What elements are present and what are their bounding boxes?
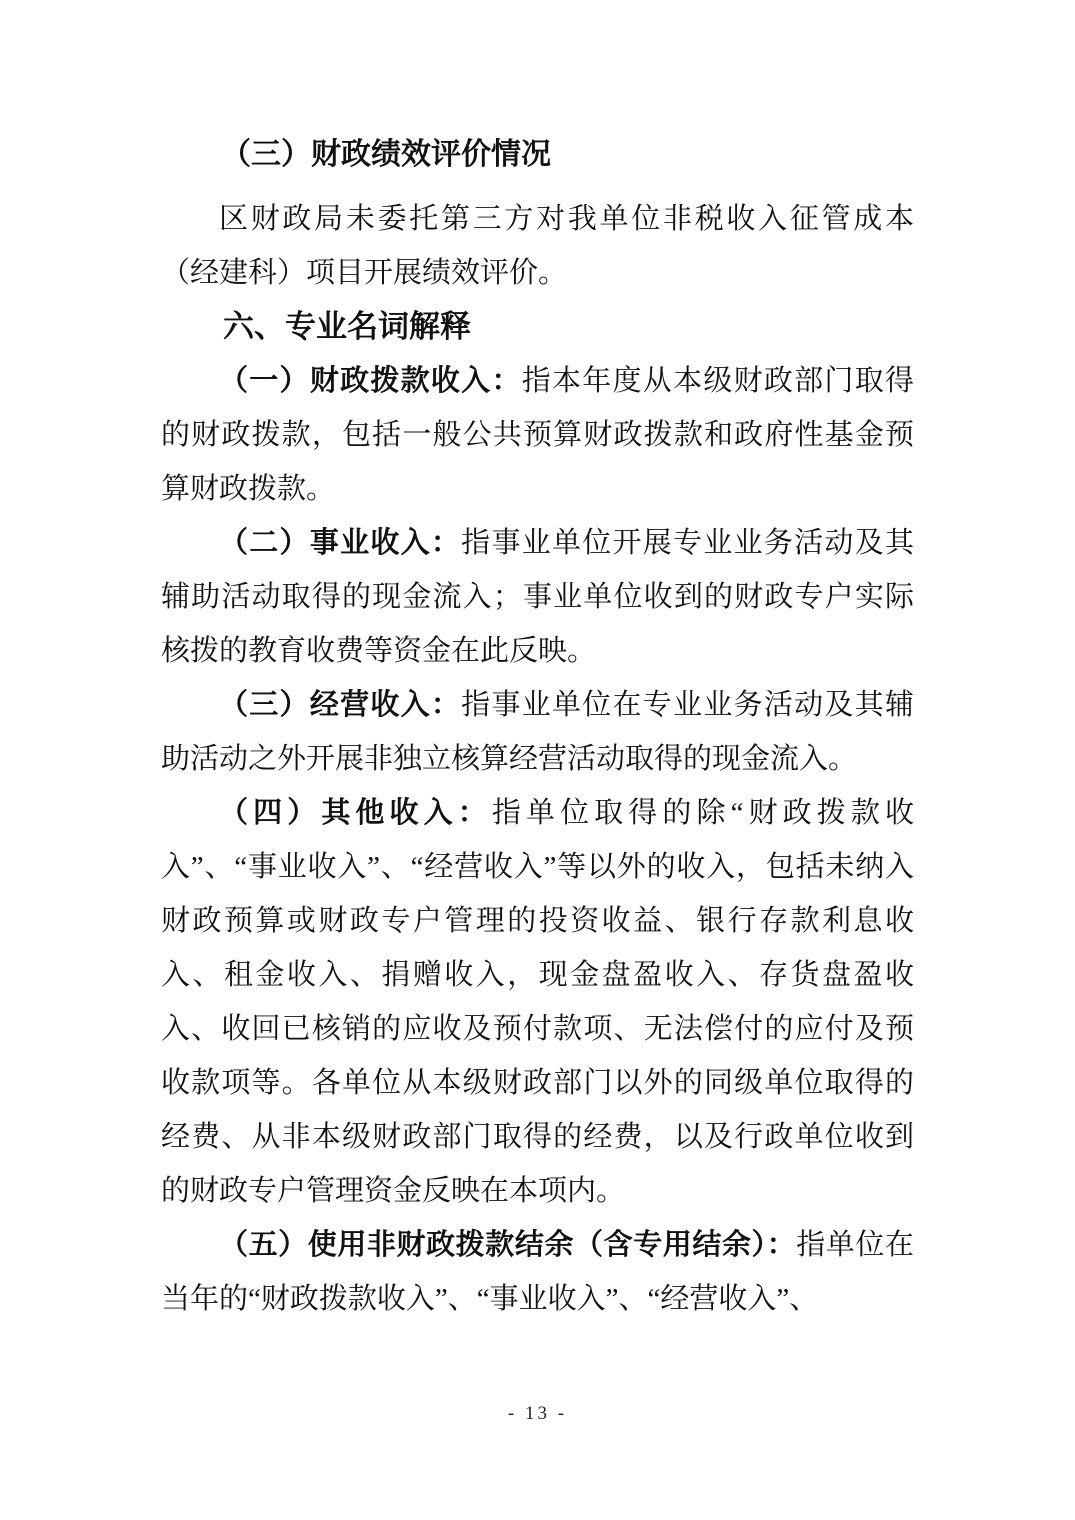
document-page: （三）财政绩效评价情况 区财政局未委托第三方对我单位非税收入征管成本（经建科）项… [0,0,1075,1520]
definition-non-fiscal-surplus: （五）使用非财政拨款结余（含专用结余）：指单位在当年的“财政拨款收入”、“事业收… [161,1218,914,1326]
definition-fiscal-appropriation-income: （一）财政拨款收入：指本年度从本级财政部门取得的财政拨款，包括一般公共预算财政拨… [161,354,914,516]
definition-other-income: （四）其他收入：指单位取得的除“财政拨款收入”、“事业收入”、“经营收入”等以外… [161,786,914,1218]
performance-evaluation-paragraph: 区财政局未委托第三方对我单位非税收入征管成本（经建科）项目开展绩效评价。 [161,192,914,300]
definition-term: （一）财政拨款收入： [219,365,522,397]
definition-text: 指单位取得的除“财政拨款收入”、“事业收入”、“经营收入”等以外的收入，包括未纳… [161,797,914,1207]
page-number: - 13 - [0,1403,1075,1425]
definition-business-income: （三）经营收入：指事业单位在专业业务活动及其辅助活动之外开展非独立核算经营活动取… [161,678,914,786]
definition-term: （五）使用非财政拨款结余（含专用结余）： [219,1229,796,1261]
page-content: （三）财政绩效评价情况 区财政局未委托第三方对我单位非税收入征管成本（经建科）项… [161,128,914,1326]
definition-term: （四）其他收入： [219,797,492,829]
section-heading-performance-evaluation: （三）财政绩效评价情况 [161,128,914,182]
definition-operating-income-institution: （二）事业收入：指事业单位开展专业业务活动及其辅助活动取得的现金流入；事业单位收… [161,516,914,678]
definition-term: （三）经营收入： [219,689,461,721]
definition-term: （二）事业收入： [219,527,461,559]
section-heading-glossary: 六、专业名词解释 [161,300,914,354]
